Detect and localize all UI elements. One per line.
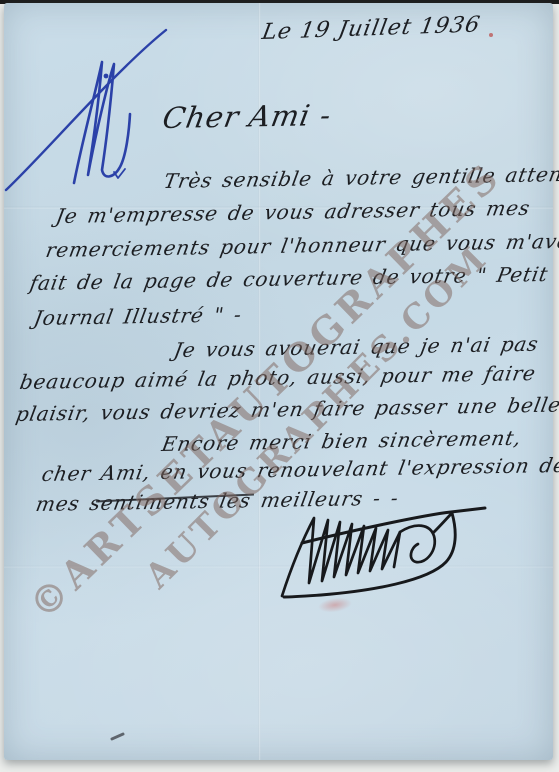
- red-ink-dot: [489, 33, 493, 37]
- signature-scrawl: [276, 497, 490, 609]
- blue-ink-annotation: [2, 20, 174, 198]
- body-line: Journal Illustré " -: [32, 302, 244, 330]
- salutation: Cher Ami -: [160, 98, 334, 135]
- letter-scan: Le 19 Juillet 1936 Cher Ami - Très sensi…: [0, 0, 559, 772]
